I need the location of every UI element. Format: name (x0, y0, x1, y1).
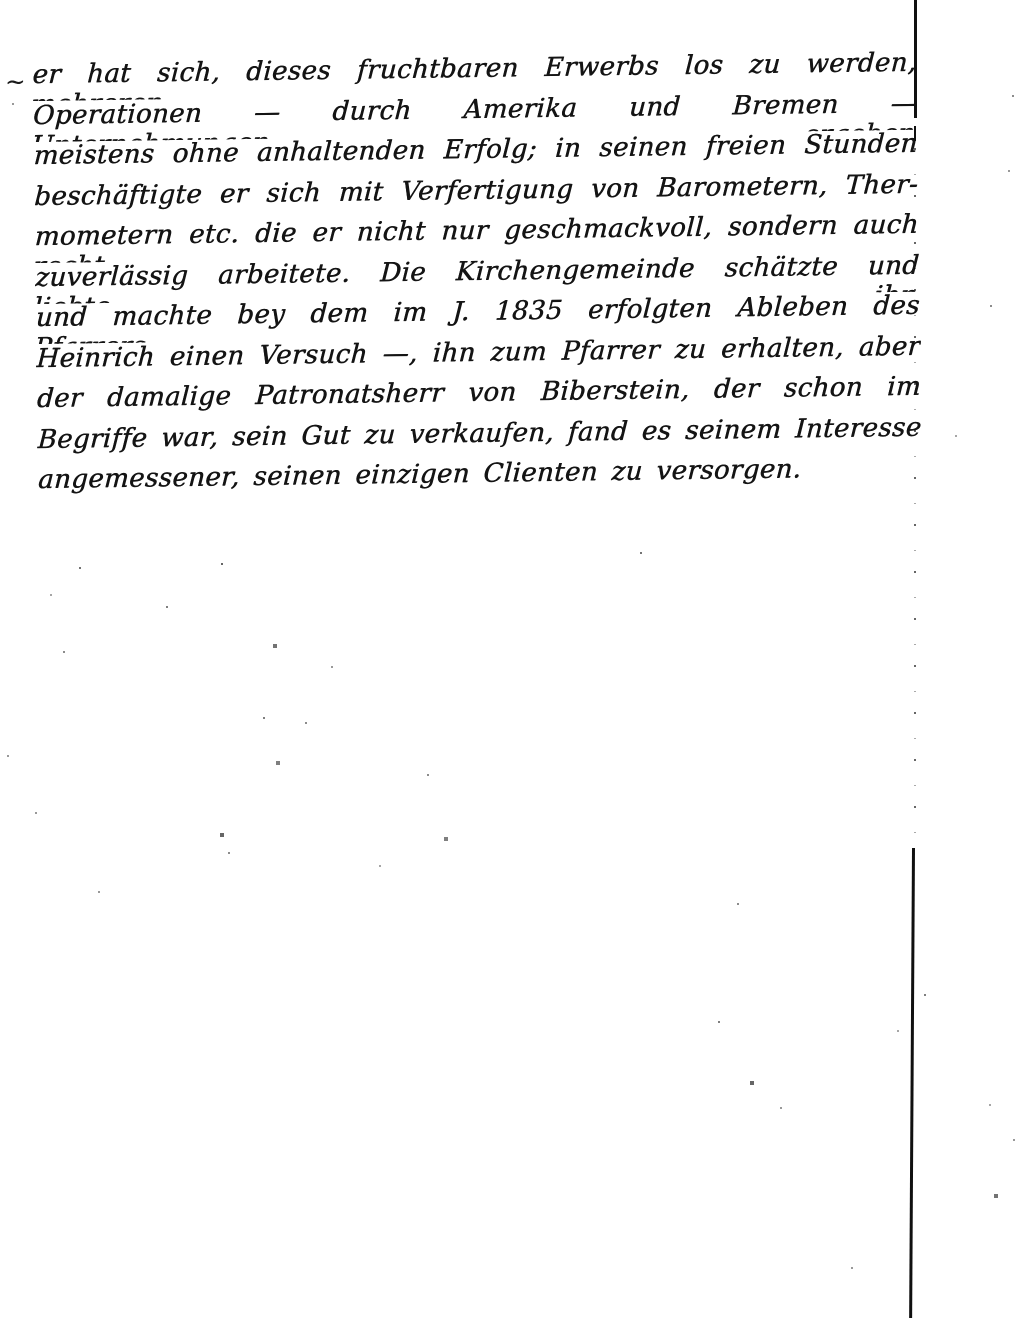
scan-noise-specks (0, 0, 2, 2)
page-edge-rule-top-segment (914, 0, 917, 118)
margin-dash-mark: ~ (5, 68, 25, 96)
page-edge-rule-dash-segment (914, 126, 916, 141)
handwriting-block: er hat sich, dieses fruchtbaren Erwerbs … (32, 48, 922, 506)
manuscript-page: ~ er hat sich, dieses fruchtbaren Erwerb… (0, 0, 1030, 1327)
page-edge-rule-bottom-segment (909, 848, 915, 1318)
page-edge-rule-dotted-segment (914, 148, 916, 848)
